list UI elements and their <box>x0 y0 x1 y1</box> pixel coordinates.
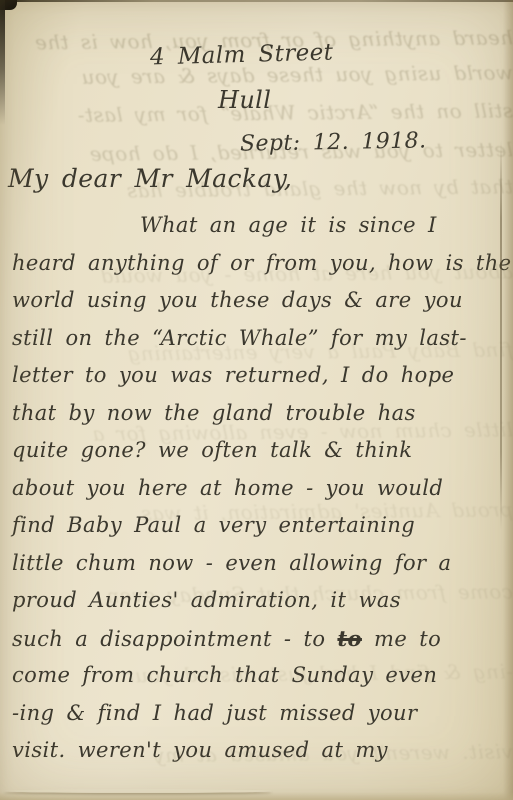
address-line-city: Hull <box>218 86 271 114</box>
letter-photograph: heard anything of or from you, how is th… <box>0 0 513 800</box>
body-line: that by now the gland trouble has <box>12 395 509 433</box>
photo-left-edge <box>0 0 5 125</box>
salutation: My dear Mr Mackay, <box>8 164 292 193</box>
body-line: find Baby Paul a very entertaining <box>12 507 509 545</box>
body-line: What an age it is since I <box>12 207 509 245</box>
body-line-text: me to <box>362 627 441 651</box>
paper-crease <box>500 140 502 530</box>
body-line: heard anything of or from you, how is th… <box>12 245 509 283</box>
body-line: -ing & find I had just missed your <box>12 695 509 733</box>
body-line: world using you these days & are you <box>12 282 509 320</box>
body-line: quite gone? we often talk & think <box>12 432 509 470</box>
body-line-text: such a disappointment - to <box>12 627 337 651</box>
body-line: letter to you was returned, I do hope <box>12 357 509 395</box>
body-line: little chum now - even allowing for a <box>12 545 509 583</box>
body-line-with-correction: such a disappointment - to to me to <box>12 620 509 658</box>
address-line-street: 4 Malm Street <box>150 39 334 70</box>
paper-right-edge-shade <box>503 0 513 800</box>
date-line: Sept: 12. 1918. <box>240 128 427 156</box>
body-line: visit. weren't you amused at my <box>12 732 509 770</box>
paper-bottom-edge <box>0 792 513 800</box>
photo-top-edge <box>0 0 513 2</box>
crossed-out-word: to <box>337 626 362 651</box>
letter-body: What an age it is since I heard anything… <box>12 207 509 770</box>
body-line: proud Aunties' admiration, it was <box>12 582 509 620</box>
body-line: about you here at home - you would <box>12 470 509 508</box>
body-line: come from church that Sunday even <box>12 657 509 695</box>
body-line: still on the “Arctic Whale” for my last- <box>12 320 509 358</box>
